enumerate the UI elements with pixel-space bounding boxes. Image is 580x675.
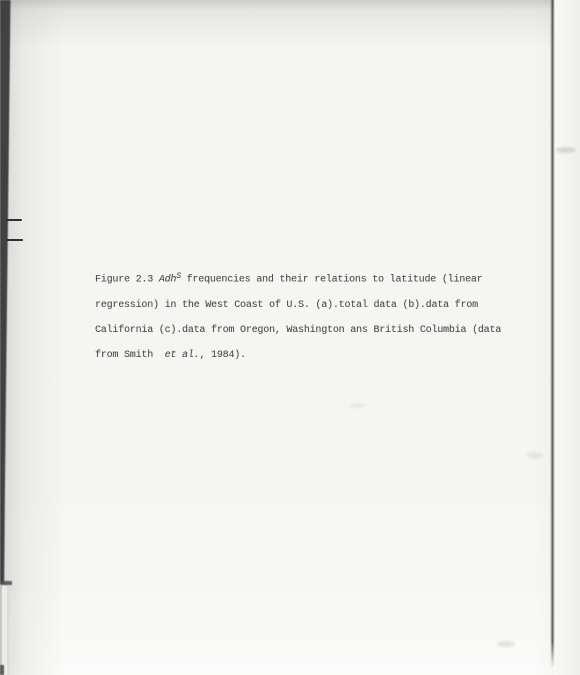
figure-caption: Figure 2.3 AdhS frequencies and their re…	[95, 264, 525, 368]
caption-line: California (c).data from Oregon, Washing…	[95, 318, 525, 343]
caption-text: California (c).data from Oregon, Washing…	[95, 325, 501, 336]
scan-smudge	[350, 403, 366, 408]
corner-mark	[0, 665, 4, 675]
page-edge-line	[550, 0, 555, 668]
caption-text: Figure 2.3	[95, 275, 159, 286]
caption-text: from Smith	[95, 350, 165, 361]
page-edge-margin	[554, 0, 580, 675]
binding-shadow	[0, 0, 22, 675]
caption-line: from Smith et al., 1984).	[95, 343, 525, 368]
scan-smudge	[527, 452, 543, 459]
caption-text: , 1984).	[199, 350, 245, 361]
page-stack-edge	[0, 586, 12, 675]
caption-line: regression) in the West Coast of U.S. (a…	[95, 293, 525, 318]
caption-line: Figure 2.3 AdhS frequencies and their re…	[95, 264, 525, 293]
caption-text: et al.	[165, 350, 200, 361]
binding-shadow-shape	[0, 0, 22, 675]
scan-smudge	[497, 641, 515, 647]
caption-text: regression) in the West Coast of U.S. (a…	[95, 300, 478, 311]
scan-smudge	[556, 147, 576, 153]
caption-text: Adh	[159, 275, 176, 286]
caption-text: frequencies and their relations to latit…	[181, 275, 483, 286]
scanned-page: Figure 2.3 AdhS frequencies and their re…	[0, 0, 580, 675]
